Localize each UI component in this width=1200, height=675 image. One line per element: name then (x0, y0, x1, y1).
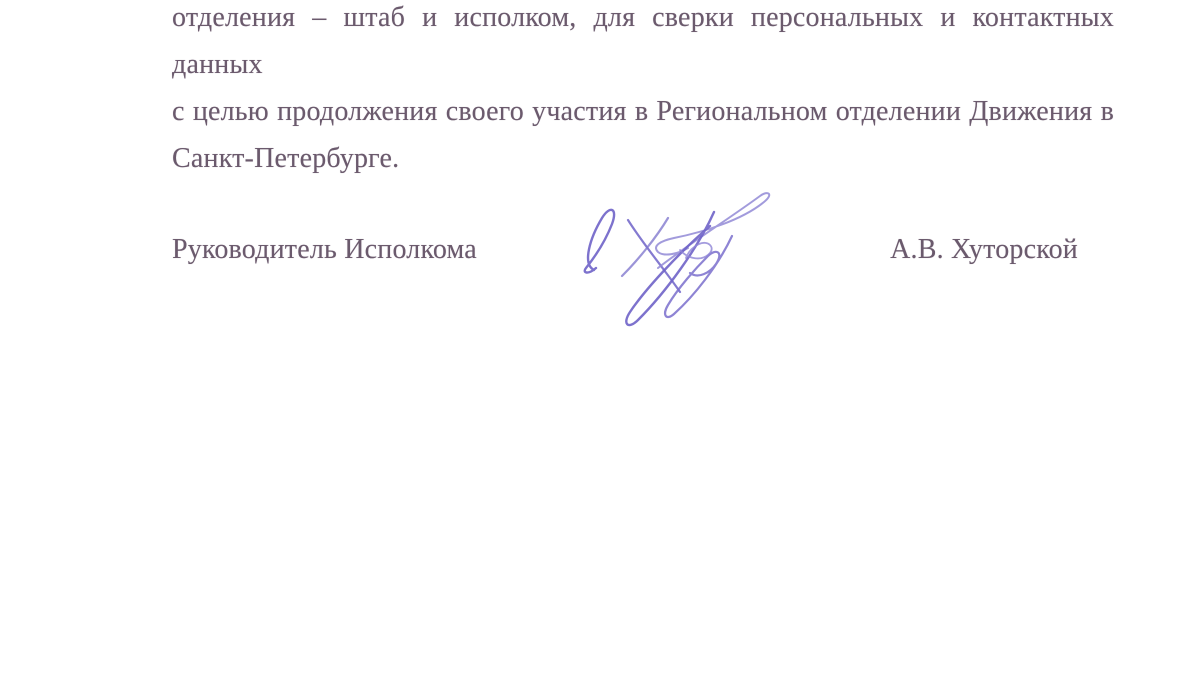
scanned-document-page: отделения – штаб и исполком, для сверки … (0, 0, 1200, 675)
paragraph-line: Санкт-Петербурге. (172, 135, 1114, 182)
paragraph-line: с целью продолжения своего участия в Рег… (172, 88, 1114, 135)
body-paragraph: отделения – штаб и исполком, для сверки … (172, 0, 1114, 182)
signatory-title: Руководитель Исполкома (172, 234, 477, 266)
signature-row: Руководитель Исполкома А.В. Хуторской (172, 234, 1114, 266)
signatory-name: А.В. Хуторской (890, 234, 1078, 266)
paragraph-line: отделения – штаб и исполком, для сверки … (172, 0, 1114, 88)
